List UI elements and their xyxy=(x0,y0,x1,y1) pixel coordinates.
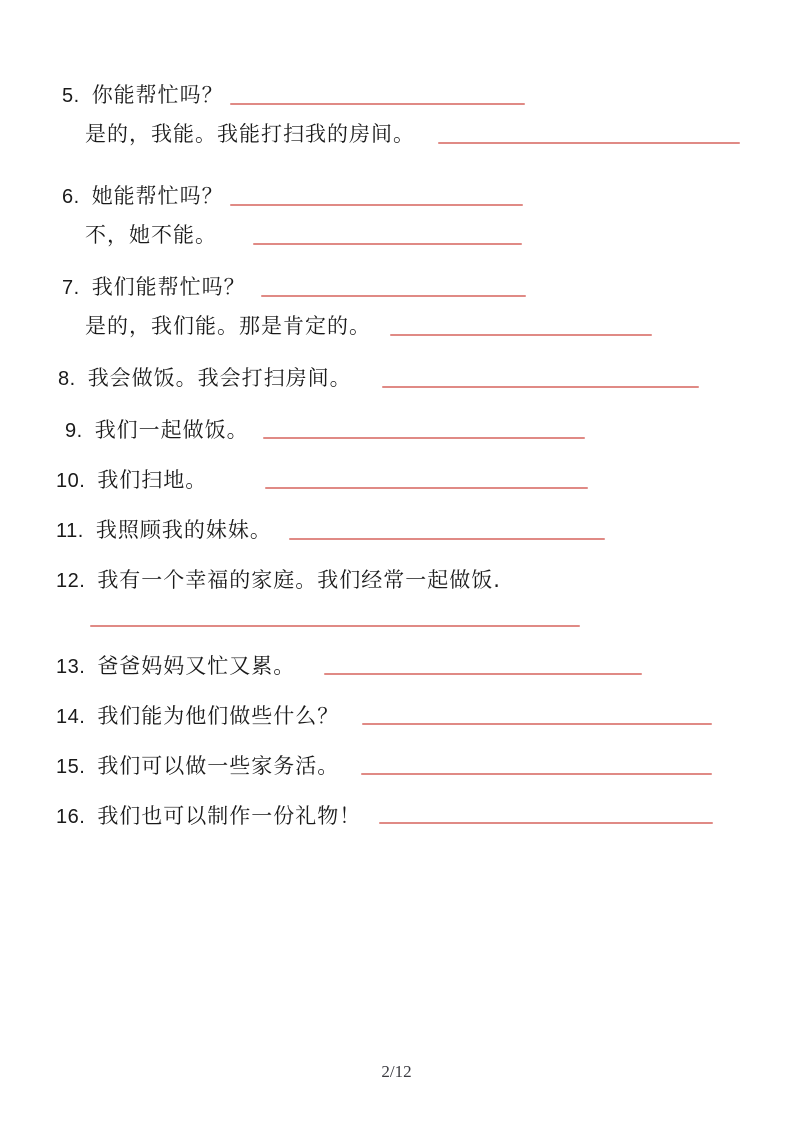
sentence-text: 我有一个幸福的家庭。我们经常一起做饭. xyxy=(97,568,501,592)
worksheet-line: 是的，我们能。那是肯定的。 xyxy=(85,313,371,341)
answer-blank-line xyxy=(90,625,580,627)
answer-blank-line xyxy=(230,103,525,105)
item-number: 7. xyxy=(62,277,80,299)
sentence-text: 你能帮忙吗？ xyxy=(92,83,224,107)
item-number: 13. xyxy=(56,656,85,678)
worksheet-line: 5.你能帮忙吗？ xyxy=(62,82,224,110)
item-number: 15. xyxy=(56,756,85,778)
answer-blank-line xyxy=(390,334,652,336)
item-number: 12. xyxy=(56,570,85,592)
answer-blank-line xyxy=(230,204,523,206)
worksheet-line: 7.我们能帮忙吗？ xyxy=(62,274,246,302)
worksheet-line: 16.我们也可以制作一份礼物！ xyxy=(56,803,361,831)
item-number: 11. xyxy=(56,520,84,542)
sentence-text: 是的，我们能。那是肯定的。 xyxy=(85,314,371,338)
sentence-text: 我会做饭。我会打扫房间。 xyxy=(88,366,352,390)
answer-blank-line xyxy=(289,538,605,540)
item-number: 16. xyxy=(56,806,85,828)
sentence-text: 我们可以做一些家务活。 xyxy=(97,754,339,778)
answer-blank-line xyxy=(382,386,699,388)
item-number: 6. xyxy=(62,186,80,208)
item-number: 14. xyxy=(56,706,85,728)
answer-blank-line xyxy=(324,673,642,675)
item-number: 8. xyxy=(58,368,76,390)
sentence-text: 她能帮忙吗？ xyxy=(92,184,224,208)
answer-blank-line xyxy=(253,243,522,245)
worksheet-line: 13.爸爸妈妈又忙又累。 xyxy=(56,653,295,681)
item-number: 5. xyxy=(62,85,80,107)
worksheet-line: 10.我们扫地。 xyxy=(56,467,207,495)
sentence-text: 我们也可以制作一份礼物！ xyxy=(97,804,361,828)
sentence-text: 我们能帮忙吗？ xyxy=(92,275,246,299)
answer-blank-line xyxy=(265,487,588,489)
answer-blank-line xyxy=(361,773,712,775)
page-number: 2/12 xyxy=(0,1062,793,1082)
worksheet-line: 12.我有一个幸福的家庭。我们经常一起做饭. xyxy=(56,567,501,595)
item-number: 10. xyxy=(56,470,85,492)
worksheet-line: 不，她不能。 xyxy=(85,222,217,250)
item-number: 9. xyxy=(65,420,83,442)
sentence-text: 不，她不能。 xyxy=(85,223,217,247)
worksheet-line: 8.我会做饭。我会打扫房间。 xyxy=(58,365,352,393)
worksheet-line: 9.我们一起做饭。 xyxy=(65,417,249,445)
sentence-text: 爸爸妈妈又忙又累。 xyxy=(97,654,295,678)
sentence-text: 我们一起做饭。 xyxy=(95,418,249,442)
sentence-text: 我们能为他们做些什么？ xyxy=(97,704,339,728)
worksheet-line: 6.她能帮忙吗？ xyxy=(62,183,224,211)
answer-blank-line xyxy=(379,822,713,824)
worksheet-page: 5.你能帮忙吗？ 是的，我能。我能打扫我的房间。 6.她能帮忙吗？ 不，她不能。… xyxy=(0,0,793,1122)
sentence-text: 我们扫地。 xyxy=(97,468,207,492)
answer-blank-line xyxy=(263,437,585,439)
answer-blank-line xyxy=(438,142,740,144)
worksheet-line: 是的，我能。我能打扫我的房间。 xyxy=(85,121,415,149)
worksheet-line: 14.我们能为他们做些什么？ xyxy=(56,703,339,731)
answer-blank-line xyxy=(362,723,712,725)
sentence-text: 是的，我能。我能打扫我的房间。 xyxy=(85,122,415,146)
answer-blank-line xyxy=(261,295,526,297)
sentence-text: 我照顾我的妹妹。 xyxy=(96,518,272,542)
worksheet-line: 11.我照顾我的妹妹。 xyxy=(56,517,272,545)
worksheet-line: 15.我们可以做一些家务活。 xyxy=(56,753,339,781)
